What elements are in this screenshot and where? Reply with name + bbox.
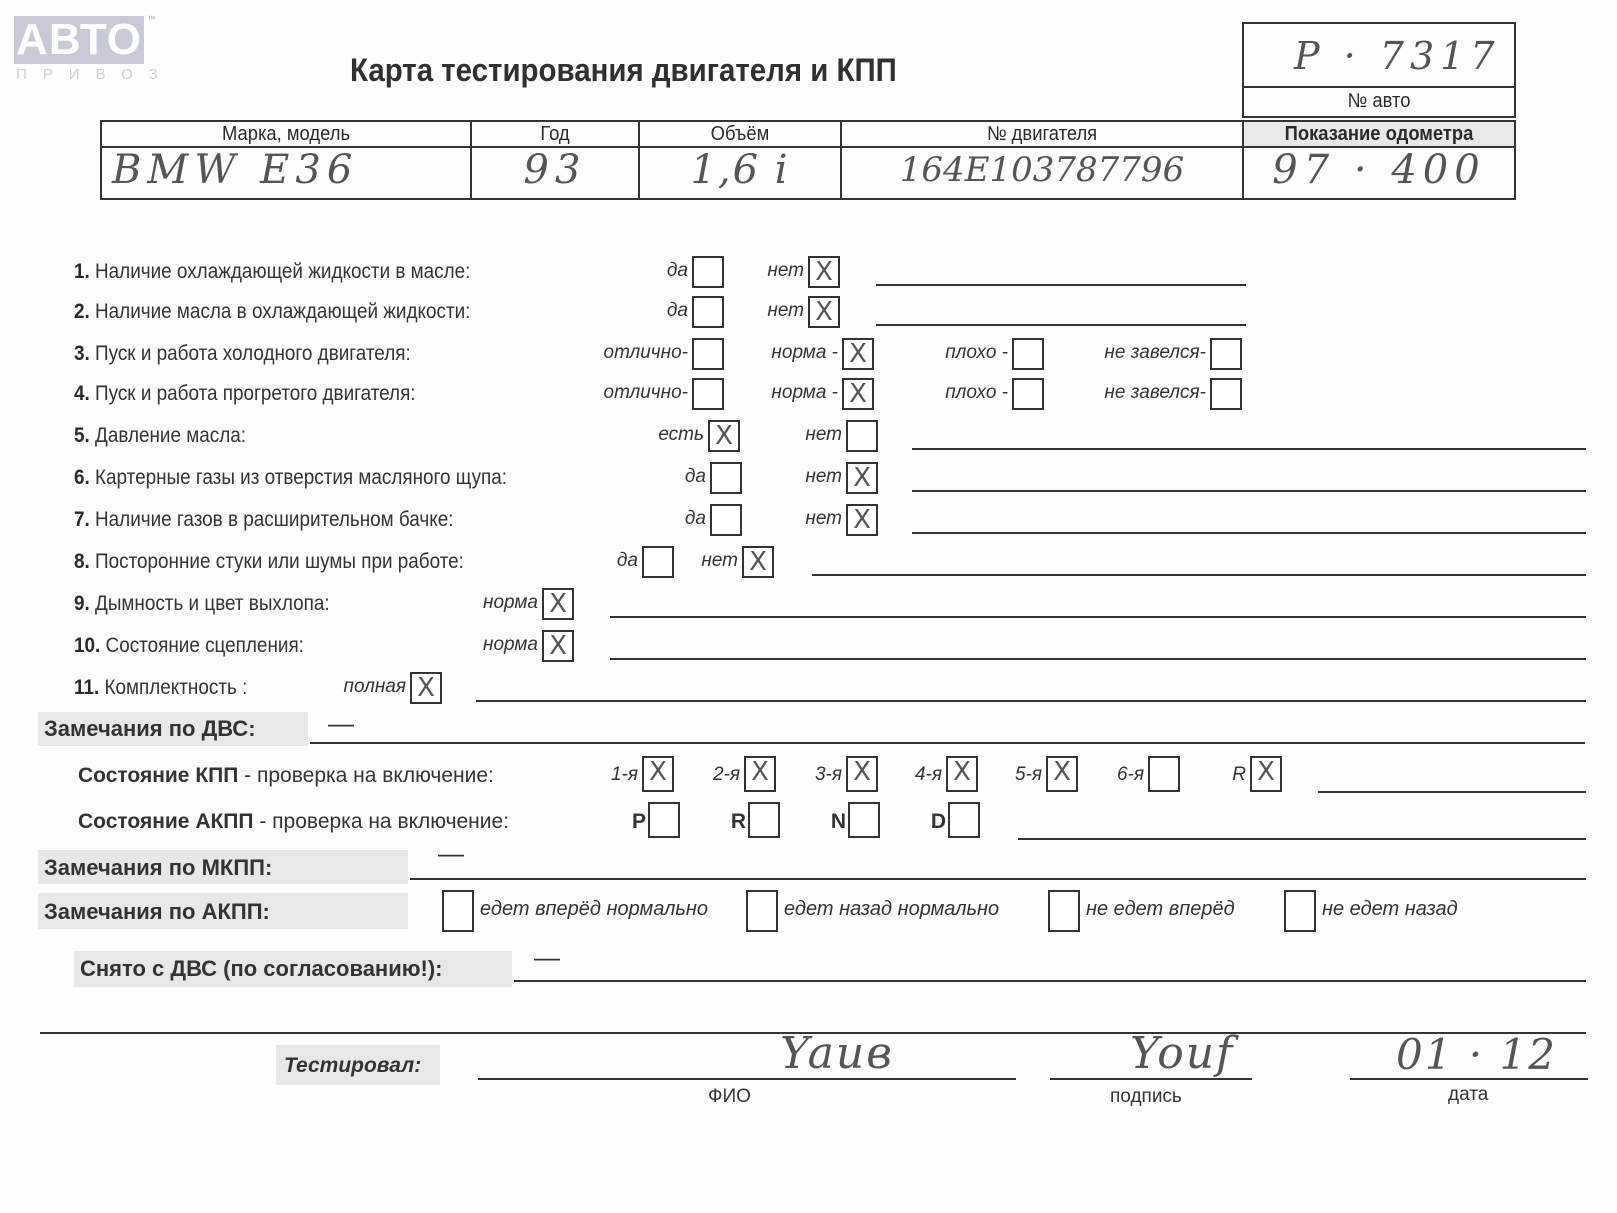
name-caption: ФИО bbox=[708, 1086, 751, 1108]
checkbox-q3-4[interactable] bbox=[1210, 338, 1242, 370]
checkbox-q2-2[interactable]: X bbox=[808, 296, 840, 328]
question-number: 3. bbox=[74, 342, 90, 365]
auto-remark-checkbox-3[interactable] bbox=[1048, 890, 1080, 932]
auto-remark-checkbox-1[interactable] bbox=[442, 890, 474, 932]
mode-checkbox-1[interactable] bbox=[648, 802, 680, 838]
question-text: Наличие охлаждающей жидкости в масле: bbox=[95, 260, 470, 283]
removed-line bbox=[514, 980, 1586, 982]
mode-label: D bbox=[931, 810, 946, 834]
tester-name-value[interactable]: Yauв bbox=[780, 1028, 894, 1079]
auto-remark-label: едет назад нормально bbox=[784, 898, 999, 921]
checkbox-q4-2[interactable]: X bbox=[842, 378, 874, 410]
question-text: Картерные газы из отверстия масляного щу… bbox=[95, 466, 507, 489]
question-number: 2. bbox=[74, 300, 90, 323]
header-make-model: Марка, модель bbox=[117, 122, 456, 146]
question-8: 8. Посторонние стуки или шумы при работе… bbox=[74, 550, 464, 574]
question-text: Комплектность : bbox=[105, 676, 248, 699]
gear-checkbox-3[interactable]: X bbox=[846, 756, 878, 792]
option-label: плохо - bbox=[945, 382, 1008, 404]
auto-remark-label: едет вперёд нормально bbox=[480, 898, 708, 921]
removed-label: Снято с ДВС (по согласованию!): bbox=[80, 956, 443, 982]
checkbox-q4-3[interactable] bbox=[1012, 378, 1044, 410]
gear-label: R bbox=[1232, 764, 1246, 786]
question-text: Посторонние стуки или шумы при работе: bbox=[95, 550, 464, 573]
checkbox-q6-1[interactable] bbox=[710, 462, 742, 494]
question-10: 10. Состояние сцепления: bbox=[74, 634, 304, 658]
car-number-value: Р · 7317 bbox=[1294, 34, 1501, 78]
checkbox-q3-1[interactable] bbox=[692, 338, 724, 370]
gear-label: 1-я bbox=[611, 764, 638, 786]
question-text: Наличие газов в расширительном бачке: bbox=[95, 508, 453, 531]
question-4: 4. Пуск и работа прогретого двигателя: bbox=[74, 382, 416, 406]
auto-remark-checkbox-4[interactable] bbox=[1284, 890, 1316, 932]
removed-value[interactable]: — bbox=[534, 942, 560, 973]
remarks-manual-label: Замечания по МКПП: bbox=[44, 855, 272, 881]
gear-checkbox-1[interactable]: X bbox=[642, 756, 674, 792]
option-label: не завелся- bbox=[1104, 342, 1206, 364]
comment-line-q8[interactable] bbox=[812, 574, 1586, 576]
auto-gearbox-label: Состояние АКПП - проверка на включение: bbox=[78, 810, 509, 834]
remarks-engine-line bbox=[310, 742, 1585, 744]
question-text: Наличие масла в охлаждающей жидкости: bbox=[95, 300, 470, 323]
checkbox-q3-2[interactable]: X bbox=[842, 338, 874, 370]
comment-line-q5[interactable] bbox=[912, 448, 1586, 450]
checkbox-q6-2[interactable]: X bbox=[846, 462, 878, 494]
mode-checkbox-4[interactable] bbox=[948, 802, 980, 838]
mode-checkbox-3[interactable] bbox=[848, 802, 880, 838]
question-9: 9. Дымность и цвет выхлопа: bbox=[74, 592, 330, 616]
header-year: Год bbox=[479, 122, 632, 146]
value-make-model: BMW E36 bbox=[102, 146, 470, 194]
question-3: 3. Пуск и работа холодного двигателя: bbox=[74, 342, 411, 366]
value-year: 93 bbox=[472, 146, 638, 194]
auto-gearbox-line bbox=[1018, 838, 1586, 840]
gear-checkbox-2[interactable]: X bbox=[744, 756, 776, 792]
checkbox-q5-2[interactable] bbox=[846, 420, 878, 452]
checkbox-q8-2[interactable]: X bbox=[742, 546, 774, 578]
value-engine-number: 164E103787796 bbox=[842, 146, 1242, 194]
gear-label: 6-я bbox=[1117, 764, 1144, 786]
comment-line-q10[interactable] bbox=[610, 658, 1586, 660]
question-text: Пуск и работа холодного двигателя: bbox=[95, 342, 411, 365]
question-number: 10. bbox=[74, 634, 100, 657]
mode-label: P bbox=[632, 810, 646, 834]
checkbox-q10-1[interactable]: X bbox=[542, 630, 574, 662]
checkbox-q5-1[interactable]: X bbox=[708, 420, 740, 452]
gear-checkbox-7[interactable]: X bbox=[1250, 756, 1282, 792]
question-1: 1. Наличие охлаждающей жидкости в масле: bbox=[74, 260, 470, 284]
gear-label: 4-я bbox=[915, 764, 942, 786]
option-label: есть bbox=[658, 424, 704, 446]
auto-remark-label: не едет вперёд bbox=[1086, 898, 1235, 921]
option-label: норма - bbox=[771, 342, 838, 364]
mode-label: N bbox=[831, 810, 846, 834]
logo-trademark: ™ bbox=[147, 14, 156, 24]
date-value[interactable]: 01 · 12 bbox=[1396, 1030, 1557, 1079]
gear-label: 3-я bbox=[815, 764, 842, 786]
option-label: нет bbox=[767, 260, 804, 282]
gear-checkbox-6[interactable] bbox=[1148, 756, 1180, 792]
header-odometer: Показание одометра bbox=[1255, 122, 1503, 146]
comment-line-q11[interactable] bbox=[476, 700, 1586, 702]
question-text: Состояние сцепления: bbox=[106, 634, 304, 657]
value-odometer: 97 · 400 bbox=[1244, 146, 1514, 194]
question-number: 9. bbox=[74, 592, 90, 615]
option-label: да bbox=[685, 466, 706, 488]
name-line bbox=[478, 1078, 1016, 1080]
question-7: 7. Наличие газов в расширительном бачке: bbox=[74, 508, 454, 532]
logo-subtitle: ПРИВОЗ bbox=[16, 66, 174, 83]
question-text: Давление масла: bbox=[95, 424, 246, 447]
checkbox-q2-1[interactable] bbox=[692, 296, 724, 328]
option-label: полная bbox=[344, 676, 407, 698]
checkbox-q7-2[interactable]: X bbox=[846, 504, 878, 536]
checkbox-q9-1[interactable]: X bbox=[542, 588, 574, 620]
question-6: 6. Картерные газы из отверстия масляного… bbox=[74, 466, 507, 490]
remarks-manual-line bbox=[410, 878, 1586, 880]
option-label: нет bbox=[805, 508, 842, 530]
question-5: 5. Давление масла: bbox=[74, 424, 246, 448]
option-label: да bbox=[685, 508, 706, 530]
date-line bbox=[1350, 1078, 1588, 1080]
option-label: нет bbox=[701, 550, 738, 572]
question-text: Дымность и цвет выхлопа: bbox=[95, 592, 330, 615]
option-label: нет bbox=[767, 300, 804, 322]
tested-by-label: Тестировал: bbox=[284, 1054, 421, 1078]
comment-line-q7[interactable] bbox=[912, 532, 1586, 534]
remarks-engine-value[interactable]: — bbox=[328, 708, 354, 739]
manual-gearbox-line bbox=[1318, 791, 1586, 793]
question-2: 2. Наличие масла в охлаждающей жидкости: bbox=[74, 300, 470, 324]
page-title: Карта тестирования двигателя и КПП bbox=[350, 52, 897, 89]
option-label: да bbox=[667, 300, 688, 322]
question-number: 11. bbox=[74, 676, 99, 699]
signature-value[interactable]: Youf bbox=[1130, 1028, 1234, 1079]
manual-gearbox-label: Состояние КПП - проверка на включение: bbox=[78, 764, 494, 788]
option-label: норма - bbox=[771, 382, 838, 404]
car-number-label: № авто bbox=[1255, 90, 1503, 113]
checkbox-q7-1[interactable] bbox=[710, 504, 742, 536]
mode-label: R bbox=[731, 810, 746, 834]
gear-label: 2-я bbox=[713, 764, 740, 786]
checkbox-q11-1[interactable]: X bbox=[410, 672, 442, 704]
checkbox-q3-3[interactable] bbox=[1012, 338, 1044, 370]
logo: АВТО bbox=[14, 16, 144, 64]
auto-remark-checkbox-2[interactable] bbox=[746, 890, 778, 932]
comment-line-q2[interactable] bbox=[876, 324, 1246, 326]
question-number: 6. bbox=[74, 466, 90, 489]
gear-label: 5-я bbox=[1015, 764, 1042, 786]
question-number: 7. bbox=[74, 508, 90, 531]
option-label: нет bbox=[805, 466, 842, 488]
option-label: да bbox=[667, 260, 688, 282]
signature-line bbox=[1050, 1078, 1252, 1080]
checkbox-q1-1[interactable] bbox=[692, 256, 724, 288]
remarks-engine-label: Замечания по ДВС: bbox=[44, 716, 256, 742]
auto-remark-label: не едет назад bbox=[1322, 898, 1458, 921]
question-number: 8. bbox=[74, 550, 90, 573]
option-label: норма bbox=[483, 634, 538, 656]
mode-checkbox-2[interactable] bbox=[748, 802, 780, 838]
checkbox-q8-1[interactable] bbox=[642, 546, 674, 578]
option-label: отлично- bbox=[604, 382, 688, 404]
question-11: 11. Комплектность : bbox=[74, 676, 247, 700]
question-text: Пуск и работа прогретого двигателя: bbox=[95, 382, 416, 405]
option-label: плохо - bbox=[945, 342, 1008, 364]
value-volume: 1,6 i bbox=[640, 146, 840, 194]
remarks-manual-value[interactable]: — bbox=[438, 838, 464, 869]
option-label: нет bbox=[805, 424, 842, 446]
comment-line-q1[interactable] bbox=[876, 284, 1246, 286]
option-label: не завелся- bbox=[1104, 382, 1206, 404]
question-number: 5. bbox=[74, 424, 90, 447]
car-number-box: Р · 7317 № авто bbox=[1242, 22, 1516, 118]
header-table: Марка, модель BMW E36 Год 93 Объём 1,6 i… bbox=[100, 120, 1516, 200]
checkbox-q4-4[interactable] bbox=[1210, 378, 1242, 410]
header-volume: Объём bbox=[648, 122, 832, 146]
comment-line-q9[interactable] bbox=[610, 616, 1586, 618]
gear-checkbox-5[interactable]: X bbox=[1046, 756, 1078, 792]
header-engine-number: № двигателя bbox=[858, 122, 1226, 146]
remarks-auto-label: Замечания по АКПП: bbox=[44, 899, 270, 925]
question-number: 1. bbox=[74, 260, 90, 283]
comment-line-q6[interactable] bbox=[912, 490, 1586, 492]
checkbox-q1-2[interactable]: X bbox=[808, 256, 840, 288]
gear-checkbox-4[interactable]: X bbox=[946, 756, 978, 792]
date-caption: дата bbox=[1448, 1084, 1488, 1106]
option-label: норма bbox=[483, 592, 538, 614]
option-label: отлично- bbox=[604, 342, 688, 364]
option-label: да bbox=[617, 550, 638, 572]
checkbox-q4-1[interactable] bbox=[692, 378, 724, 410]
question-number: 4. bbox=[74, 382, 90, 405]
signature-caption: подпись bbox=[1110, 1086, 1182, 1108]
